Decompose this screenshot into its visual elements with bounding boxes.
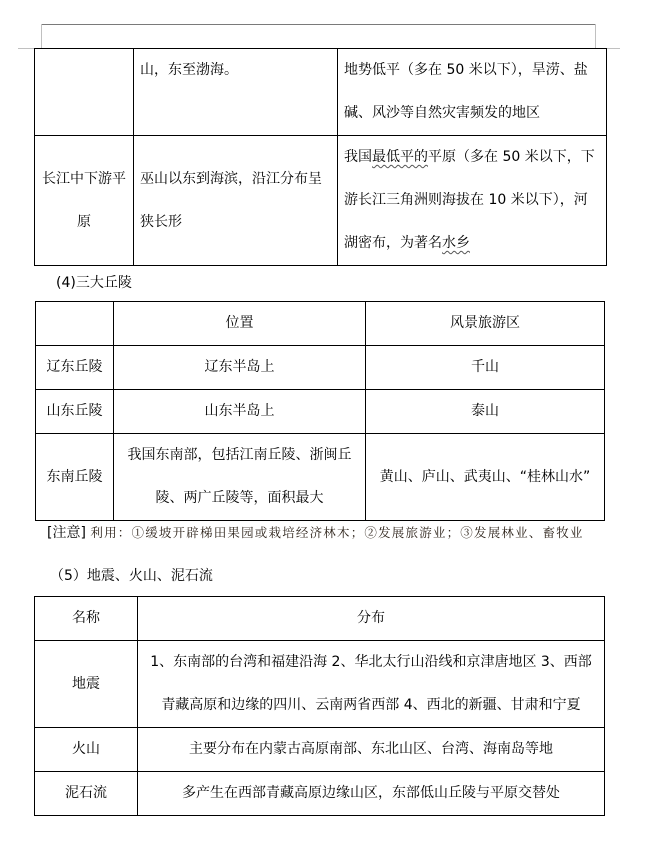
plains-table: 山，东至渤海。 地势低平（多在 50 米以下），旱涝、盐碱、风沙等自然灾害频发的… — [34, 48, 607, 266]
plain-features-cell: 我国最低平的平原（多在 50 米以下，下游长江三角洲则海拔在 10 米以下），河… — [338, 136, 607, 266]
plain-name-cell — [35, 49, 134, 136]
table-row: 山，东至渤海。 地势低平（多在 50 米以下），旱涝、盐碱、风沙等自然灾害频发的… — [35, 49, 607, 136]
table-row: 泥石流 多产生在西部青藏高原边缘山区，东部低山丘陵与平原交替处 — [35, 772, 605, 816]
table-header-row: 位置 风景旅游区 — [36, 302, 605, 346]
page-header-frame-top — [41, 24, 596, 25]
column-header: 风景旅游区 — [366, 302, 605, 346]
plain-name-cell: 长江中下游平原 — [35, 136, 134, 266]
hazards-table: 名称 分布 地震 1、东南部的台湾和福建沿海 2、华北太行山沿线和京津唐地区 3… — [34, 596, 605, 816]
table-row: 山东丘陵 山东半岛上 泰山 — [36, 390, 605, 434]
hill-location-cell: 我国东南部，包括江南丘陵、浙闽丘陵、两广丘陵等，面积最大 — [114, 434, 366, 521]
hill-scenic-cell: 泰山 — [366, 390, 605, 434]
hazard-name-cell: 泥石流 — [35, 772, 138, 816]
column-header: 位置 — [114, 302, 366, 346]
hills-table: 位置 风景旅游区 辽东丘陵 辽东半岛上 千山 山东丘陵 山东半岛上 泰山 东南丘… — [35, 301, 605, 521]
note-tag: [注意] — [47, 525, 86, 541]
hill-scenic-cell: 千山 — [366, 346, 605, 390]
hazard-distribution-cell: 主要分布在内蒙古高原南部、东北山区、台湾、海南岛等地 — [138, 728, 605, 772]
hazard-distribution-cell: 1、东南部的台湾和福建沿海 2、华北太行山沿线和京津唐地区 3、西部青藏高原和边… — [138, 641, 605, 728]
table-row: 地震 1、东南部的台湾和福建沿海 2、华北太行山沿线和京津唐地区 3、西部青藏高… — [35, 641, 605, 728]
features-text-part: 我国 — [344, 149, 372, 165]
column-header: 分布 — [138, 597, 605, 641]
spellcheck-marked-text: 水乡 — [442, 235, 470, 251]
usage-note: [注意] 利用：①缓坡开辟梯田果园或栽培经济林木；②发展旅游业；③发展林业、畜牧… — [47, 522, 584, 542]
plain-location-cell: 巫山以东到海滨，沿江分布呈狭长形 — [134, 136, 338, 266]
hill-name-cell: 山东丘陵 — [36, 390, 114, 434]
note-body: 利用：①缓坡开辟梯田果园或栽培经济林木；②发展旅游业；③发展林业、畜牧业 — [90, 525, 583, 540]
hill-location-cell: 辽东半岛上 — [114, 346, 366, 390]
plain-features-cell: 地势低平（多在 50 米以下），旱涝、盐碱、风沙等自然灾害频发的地区 — [338, 49, 607, 136]
plain-location-text: 山，东至渤海。 — [140, 62, 238, 78]
table-row: 东南丘陵 我国东南部，包括江南丘陵、浙闽丘陵、两广丘陵等，面积最大 黄山、庐山、… — [36, 434, 605, 521]
hazard-name-cell: 地震 — [35, 641, 138, 728]
column-header: 名称 — [35, 597, 138, 641]
hazard-name-cell: 火山 — [35, 728, 138, 772]
hill-name-cell: 辽东丘陵 — [36, 346, 114, 390]
hill-name-cell: 东南丘陵 — [36, 434, 114, 521]
section-title-hills: (4)三大丘陵 — [56, 272, 132, 292]
plain-location-cell: 山，东至渤海。 — [134, 49, 338, 136]
table-header-row: 名称 分布 — [35, 597, 605, 641]
section-title-hazards: （5）地震、火山、泥石流 — [50, 565, 213, 585]
column-header — [36, 302, 114, 346]
page-header-frame-right — [595, 24, 596, 48]
page-header-frame-left — [41, 24, 42, 48]
hill-location-cell: 山东半岛上 — [114, 390, 366, 434]
spellcheck-marked-text: 最低平的 — [372, 149, 428, 165]
table-row: 辽东丘陵 辽东半岛上 千山 — [36, 346, 605, 390]
table-row: 火山 主要分布在内蒙古高原南部、东北山区、台湾、海南岛等地 — [35, 728, 605, 772]
table-row: 长江中下游平原 巫山以东到海滨，沿江分布呈狭长形 我国最低平的平原（多在 50 … — [35, 136, 607, 266]
hazard-distribution-cell: 多产生在西部青藏高原边缘山区，东部低山丘陵与平原交替处 — [138, 772, 605, 816]
hill-scenic-cell: 黄山、庐山、武夷山、“桂林山水” — [366, 434, 605, 521]
